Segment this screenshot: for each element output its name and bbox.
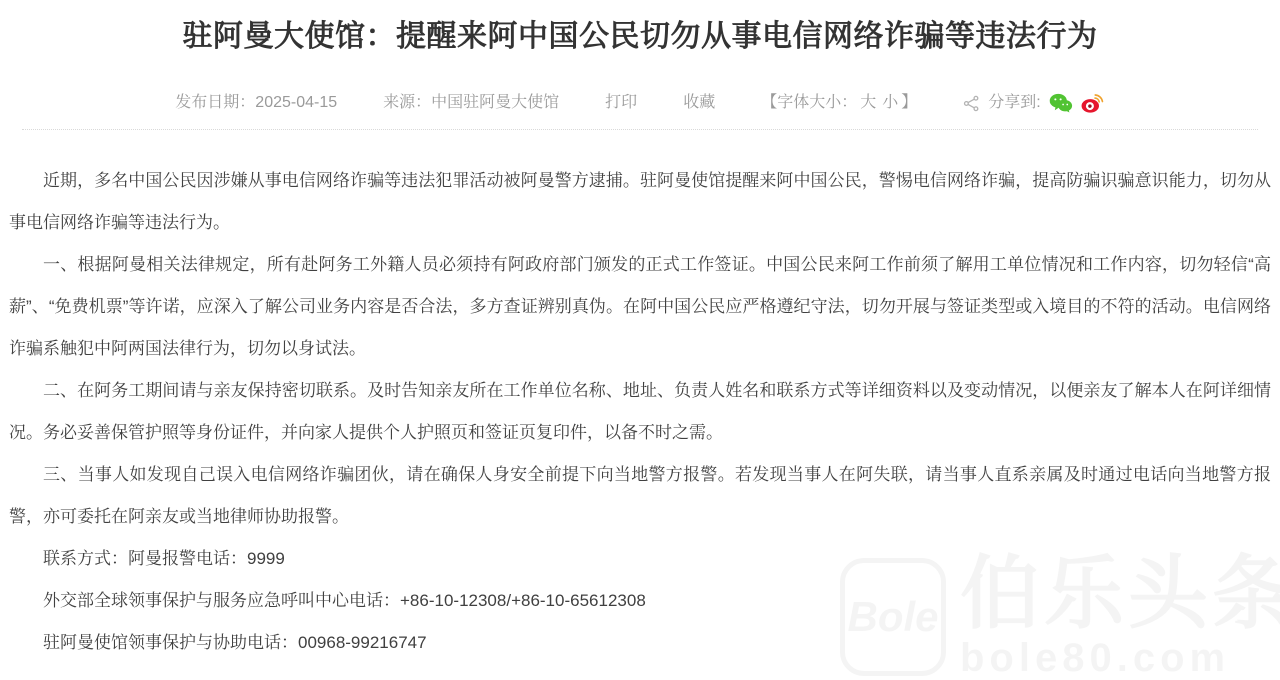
source-value: 中国驻阿曼大使馆 — [431, 94, 559, 111]
publish-date-label: 发布日期： — [175, 94, 255, 111]
font-size-prefix: 【字体大小： — [761, 94, 857, 111]
font-size-large-button[interactable]: 大 — [860, 94, 876, 111]
article-paragraph: 近期，多名中国公民因涉嫌从事电信网络诈骗等违法犯罪活动被阿曼警方逮捕。驻阿曼使馆… — [9, 160, 1271, 244]
article-header: 驻阿曼大使馆：提醒来阿中国公民切勿从事电信网络诈骗等违法行为 发布日期：2025… — [0, 0, 1280, 114]
font-size-suffix: 】 — [901, 94, 917, 111]
weibo-icon[interactable] — [1081, 93, 1105, 113]
article-paragraph: 三、当事人如发现自己误入电信网络诈骗团伙，请在确保人身安全前提下向当地警方报警。… — [9, 454, 1271, 538]
font-size-control: 【字体大小：大小】 — [761, 92, 917, 114]
source-label: 来源： — [383, 94, 431, 111]
article-body: 近期，多名中国公民因涉嫌从事电信网络诈骗等违法犯罪活动被阿曼警方逮捕。驻阿曼使馆… — [0, 130, 1280, 664]
article-meta-bar: 发布日期：2025-04-15 来源：中国驻阿曼大使馆 打印 收藏 【字体大小：… — [0, 92, 1280, 114]
article-paragraph: 一、根据阿曼相关法律规定，所有赴阿务工外籍人员必须持有阿政府部门颁发的正式工作签… — [9, 244, 1271, 370]
share-nodes-icon — [963, 95, 980, 112]
article-source: 来源：中国驻阿曼大使馆 — [383, 92, 559, 114]
contact-line: 联系方式：阿曼报警电话：9999 — [9, 538, 1271, 580]
page-title: 驻阿曼大使馆：提醒来阿中国公民切勿从事电信网络诈骗等违法行为 — [0, 14, 1280, 60]
publish-date-value: 2025-04-15 — [255, 94, 337, 111]
share-label: 分享到: — [988, 92, 1040, 114]
print-button[interactable]: 打印 — [605, 92, 637, 114]
wechat-icon[interactable] — [1049, 93, 1073, 113]
contact-line: 外交部全球领事保护与服务应急呼叫中心电话：+86-10-12308/+86-10… — [9, 580, 1271, 622]
favorite-button[interactable]: 收藏 — [683, 92, 715, 114]
article-paragraph: 二、在阿务工期间请与亲友保持密切联系。及时告知亲友所在工作单位名称、地址、负责人… — [9, 370, 1271, 454]
share-bar: 分享到: — [963, 92, 1104, 114]
article-page: 驻阿曼大使馆：提醒来阿中国公民切勿从事电信网络诈骗等违法行为 发布日期：2025… — [0, 0, 1280, 680]
publish-date: 发布日期：2025-04-15 — [175, 92, 337, 114]
font-size-small-button[interactable]: 小 — [882, 94, 898, 111]
contact-line: 驻阿曼使馆领事保护与协助电话：00968-99216747 — [9, 622, 1271, 664]
